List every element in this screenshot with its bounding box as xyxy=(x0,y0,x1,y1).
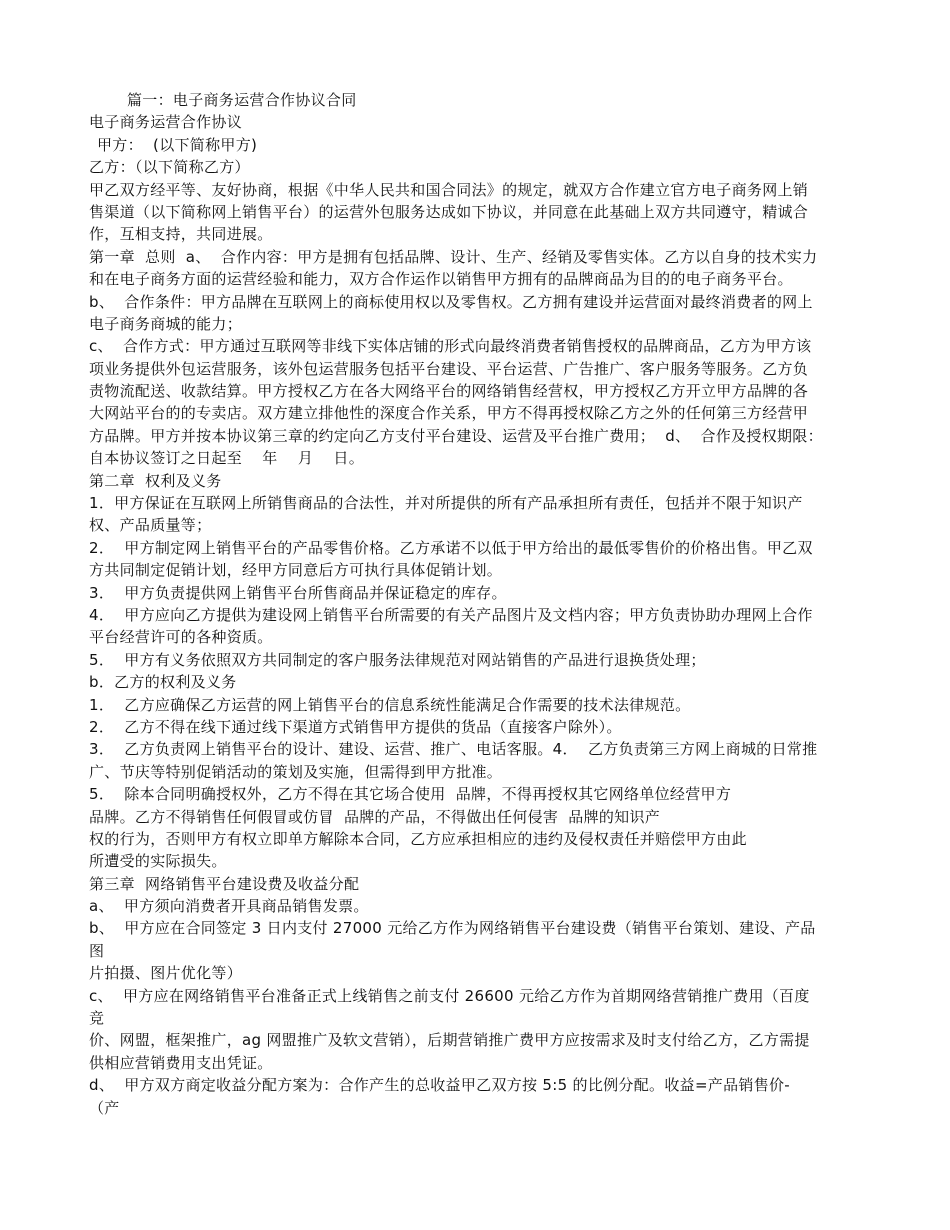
chapter-1-line: 第一章 总则 a、 合作内容：甲方是拥有包括品牌、设计、生产、经销及零售实体。乙… xyxy=(89,246,879,268)
chapter-2-line: 品牌。乙方不得销售任何假冒或仿冒 品牌的产品，不得做出任何侵害 品牌的知识产 xyxy=(89,806,879,828)
chapter-3-line: 价、网盟，框架推广，ag 网盟推广及软文营销），后期营销推广费甲方应按需求及时支… xyxy=(89,1029,879,1051)
chapter-1-line: 电子商务商城的能力； xyxy=(89,313,879,335)
chapter-1-line: 大网站平台的的专卖店。双方建立排他性的深度合作关系，甲方不得再授权除乙方之外的任… xyxy=(89,402,879,424)
chapter-1-line: c、 合作方式：甲方通过互联网等非线下实体店铺的形式向最终消费者销售授权的品牌商… xyxy=(89,335,879,357)
chapter-2-line: 3． 乙方负责网上销售平台的设计、建设、运营、推广、电话客服。4． 乙方负责第三… xyxy=(89,738,879,760)
chapter-3-line: 图 xyxy=(89,940,879,962)
document-page: 篇一：电子商务运营合作协议合同 电子商务运营合作协议 甲方： (以下简称甲方) … xyxy=(89,89,879,1119)
chapter-1-line: b、 合作条件：甲方品牌在互联网上的商标使用权以及零售权。乙方拥有建设并运营面对… xyxy=(89,291,879,313)
chapter-3-heading: 第三章 网络销售平台建设费及收益分配 xyxy=(89,873,879,895)
chapter-1-line: 自本协议签订之日起至 年 月 日。 xyxy=(89,447,879,469)
chapter-3-line: 片拍摄、图片优化等） xyxy=(89,962,879,984)
chapter-2-heading: 第二章 权利及义务 xyxy=(89,470,879,492)
chapter-3-line: a、 甲方须向消费者开具商品销售发票。 xyxy=(89,895,879,917)
party-b-line: 乙方：（以下简称乙方） xyxy=(89,156,879,178)
chapter-2-line: 权的行为，否则甲方有权立即单方解除本合同，乙方应承担相应的违约及侵权责任并赔偿甲… xyxy=(89,828,879,850)
chapter-1-line: 项业务提供外包运营服务，该外包运营服务包括平台建设、平台运营、广告推广、客户服务… xyxy=(89,358,879,380)
chapter-2-line: 1． 乙方应确保乙方运营的网上销售平台的信息系统性能满足合作需要的技术法律规范。 xyxy=(89,694,879,716)
chapter-2-line: 方共同制定促销计划，经甲方同意后方可执行具体促销计划。 xyxy=(89,559,879,581)
document-body: 甲乙双方经平等、友好协商，根据《中华人民共和国合同法》的规定，就双方合作建立官方… xyxy=(89,179,879,1119)
chapter-3-line: 供相应营销费用支出凭证。 xyxy=(89,1052,879,1074)
chapter-3-line: c、 甲方应在网络销售平台准备正式上线销售之前支付 26600 元给乙方作为首期… xyxy=(89,985,879,1007)
chapter-2-line: 权、产品质量等； xyxy=(89,514,879,536)
chapter-2-line: 2． 乙方不得在线下通过线下渠道方式销售甲方提供的货品（直接客户除外）。 xyxy=(89,716,879,738)
chapter-2-line: 所遭受的实际损失。 xyxy=(89,850,879,872)
chapter-2-line: 2． 甲方制定网上销售平台的产品零售价格。乙方承诺不以低于甲方给出的最低零售价的… xyxy=(89,537,879,559)
chapter-1-line: 和在电子商务方面的运营经验和能力，双方合作运作以销售甲方拥有的品牌商品为目的的电… xyxy=(89,268,879,290)
chapter-3-line: 竞 xyxy=(89,1007,879,1029)
preamble-line: 作，互相支持，共同进展。 xyxy=(89,223,879,245)
chapter-2-line: 1．甲方保证在互联网上所销售商品的合法性，并对所提供的所有产品承担所有责任，包括… xyxy=(89,492,879,514)
chapter-2-line: 平台经营许可的各种资质。 xyxy=(89,626,879,648)
chapter-3-line: （产 xyxy=(89,1097,879,1119)
chapter-1-line: 方品牌。甲方并按本协议第三章的约定向乙方支付平台建设、运营及平台推广费用； d、… xyxy=(89,425,879,447)
chapter-2-line: 3． 甲方负责提供网上销售平台所售商品并保证稳定的库存。 xyxy=(89,582,879,604)
chapter-1-line: 责物流配送、收款结算。甲方授权乙方在各大网络平台的网络销售经营权，甲方授权乙方开… xyxy=(89,380,879,402)
chapter-2-subheading: b．乙方的权利及义务 xyxy=(89,671,879,693)
document-title: 篇一：电子商务运营合作协议合同 xyxy=(89,89,879,111)
preamble-line: 售渠道（以下简称网上销售平台）的运营外包服务达成如下协议，并同意在此基础上双方共… xyxy=(89,201,879,223)
party-a-line: 甲方： (以下简称甲方) xyxy=(89,134,879,156)
chapter-2-line: 5． 除本合同明确授权外，乙方不得在其它场合使用 品牌，不得再授权其它网络单位经… xyxy=(89,783,879,805)
chapter-2-line: 广、节庆等特别促销活动的策划及实施，但需得到甲方批准。 xyxy=(89,761,879,783)
agreement-subtitle: 电子商务运营合作协议 xyxy=(89,111,879,133)
chapter-3-line: b、 甲方应在合同签定 3 日内支付 27000 元给乙方作为网络销售平台建设费… xyxy=(89,917,879,939)
preamble-line: 甲乙双方经平等、友好协商，根据《中华人民共和国合同法》的规定，就双方合作建立官方… xyxy=(89,179,879,201)
chapter-2-line: 4． 甲方应向乙方提供为建设网上销售平台所需要的有关产品图片及文档内容；甲方负责… xyxy=(89,604,879,626)
chapter-3-line: d、 甲方双方商定收益分配方案为：合作产生的总收益甲乙双方按 5:5 的比例分配… xyxy=(89,1074,879,1096)
chapter-2-line: 5． 甲方有义务依照双方共同制定的客户服务法律规范对网站销售的产品进行退换货处理… xyxy=(89,649,879,671)
